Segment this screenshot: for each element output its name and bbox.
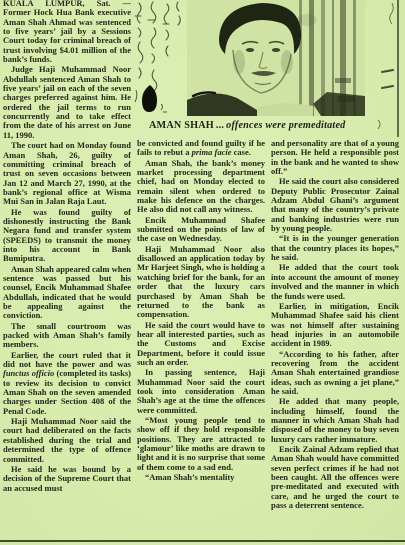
article-paragraph: Encik Zainal Adzam replied that Aman Sha…	[271, 445, 399, 510]
article-paragraph: The small courtroom was packed with Aman…	[3, 322, 131, 350]
article-paragraph: Aman Shah appeared calm when sentence wa…	[3, 265, 131, 321]
article-column-2: be convicted and found guilty if he fail…	[137, 139, 265, 545]
aman-shah-photo	[187, 0, 365, 116]
article-column-3: and personality are that of a young pers…	[271, 139, 399, 545]
photo-caption: AMAN SHAH...offences were premeditated	[149, 117, 401, 135]
article-paragraph: He added that the court took into accoun…	[271, 263, 399, 300]
article-paragraph: Aman Shah, the bank’s money market proce…	[137, 159, 265, 215]
article-paragraph: “According to his father, after recoveri…	[271, 350, 399, 397]
article-paragraph: and personality are that of a young pers…	[271, 139, 399, 176]
article-paragraph: He added that many people, including him…	[271, 397, 399, 444]
article-paragraph: He said the court also considered Deputy…	[271, 177, 399, 233]
article-paragraph: Haji Muhammad Noor said the court had de…	[3, 417, 131, 464]
article-column-1: KUALA LUMPUR, Sat. — Former Hock Hua Ban…	[3, 0, 131, 545]
photo-illustration	[187, 0, 365, 116]
article-paragraph: In passing sentence, Haji Muhammad Noor …	[137, 368, 265, 415]
article-paragraph: He said the court would have to hear all…	[137, 321, 265, 368]
article-paragraph: “It is in the younger generation that th…	[271, 234, 399, 262]
caption-text: offences were premeditated	[226, 120, 345, 131]
article-paragraph: Earlier, the court ruled that it did not…	[3, 351, 131, 416]
right-margin-marks-icon	[370, 0, 398, 135]
article-paragraph: Earlier, in mitigation, Encik Muhammad S…	[271, 302, 399, 349]
margin-scribbles-icon	[130, 0, 188, 116]
article-paragraph: Haji Muhammad Noor also disallowed an ap…	[137, 245, 265, 320]
article-paragraph: KUALA LUMPUR, Sat. — Former Hock Hua Ban…	[3, 0, 131, 64]
caption-separator: ...	[216, 120, 224, 131]
article-paragraph: “Most young people tend to show off if t…	[137, 416, 265, 472]
caption-name: AMAN SHAH	[149, 120, 214, 131]
article-paragraph: He said he was bound by a decision of th…	[3, 465, 131, 493]
article-paragraph: “Aman Shah’s mentality	[137, 473, 265, 482]
article-paragraph: He was found guilty of dishonestly instr…	[3, 208, 131, 264]
article-paragraph: be convicted and found guilty if he fail…	[137, 139, 265, 158]
article-paragraph: Encik Muhammad Shafee submitted on the p…	[137, 216, 265, 244]
article-paragraph: The court had on Monday found Aman Shah,…	[3, 141, 131, 206]
article-paragraph: Judge Haji Muhammad Noor Abdullah senten…	[3, 65, 131, 140]
ink-blot-icon	[142, 85, 157, 112]
newspaper-page: KUALA LUMPUR, Sat. — Former Hock Hua Ban…	[0, 0, 405, 545]
bottom-rule	[0, 540, 405, 542]
